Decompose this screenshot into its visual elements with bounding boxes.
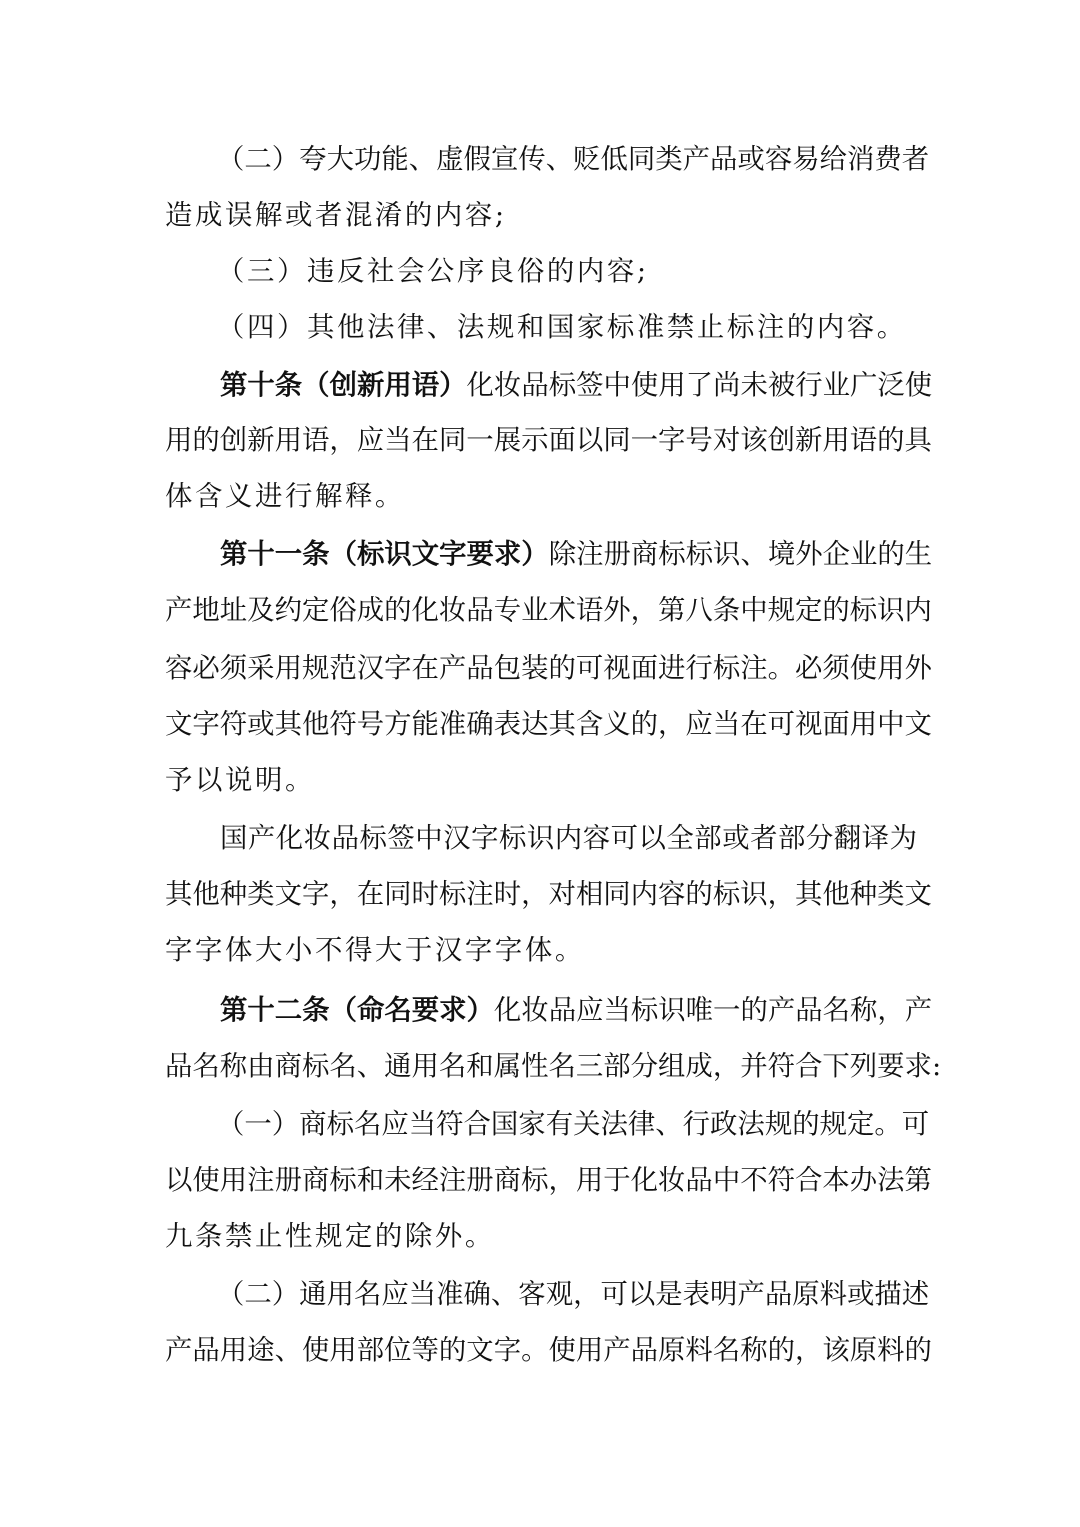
paragraph-line: 国产化妆品标签中汉字标识内容可以全部或者部分翻译为 — [220, 819, 917, 859]
article-10-first-line: 第十条（创新用语）化妆品标签中使用了尚未被行业广泛使 — [220, 366, 917, 406]
paragraph-line: 体含义进行解释。 — [165, 477, 917, 517]
paragraph-line: （二）通用名应当准确、客观，可以是表明产品原料或描述 — [217, 1275, 917, 1315]
paragraph-text: 化妆品应当标识唯一的产品名称，产 — [494, 995, 932, 1026]
paragraph-line: （二）夸大功能、虚假宣传、贬低同类产品或容易给消费者 — [217, 140, 917, 180]
article-heading: 第十条（创新用语） — [220, 370, 467, 401]
article-heading: 第十一条（标识文字要求） — [220, 539, 549, 570]
paragraph-line: 予以说明。 — [165, 761, 917, 801]
paragraph-line: 产地址及约定俗成的化妆品专业术语外，第八条中规定的标识内 — [165, 591, 917, 631]
paragraph-line: 品名称由商标名、通用名和属性名三部分组成，并符合下列要求: — [165, 1047, 917, 1087]
paragraph-line: 容必须采用规范汉字在产品包装的可视面进行标注。必须使用外 — [165, 649, 917, 689]
paragraph-line: 其他种类文字，在同时标注时，对相同内容的标识，其他种类文 — [165, 875, 917, 915]
paragraph-line: 用的创新用语，应当在同一展示面以同一字号对该创新用语的具 — [165, 421, 917, 461]
paragraph-text: 除注册商标标识、境外企业的生 — [549, 539, 932, 570]
paragraph-line: 文字符或其他符号方能准确表达其含义的，应当在可视面用中文 — [165, 705, 917, 745]
article-heading: 第十二条（命名要求） — [220, 995, 494, 1026]
paragraph-text: 化妆品标签中使用了尚未被行业广泛使 — [467, 370, 933, 401]
article-11-first-line: 第十一条（标识文字要求）除注册商标标识、境外企业的生 — [220, 535, 917, 575]
article-12-first-line: 第十二条（命名要求）化妆品应当标识唯一的产品名称，产 — [220, 991, 917, 1031]
paragraph-line: （三）违反社会公序良俗的内容; — [217, 252, 917, 292]
paragraph-line: 造成误解或者混淆的内容; — [165, 196, 917, 236]
paragraph-line: （四）其他法律、法规和国家标准禁止标注的内容。 — [217, 308, 917, 348]
paragraph-line: 以使用注册商标和未经注册商标，用于化妆品中不符合本办法第 — [165, 1161, 917, 1201]
paragraph-line: （一）商标名应当符合国家有关法律、行政法规的规定。可 — [217, 1105, 917, 1145]
paragraph-line: 九条禁止性规定的除外。 — [165, 1217, 917, 1257]
document-page: （二）夸大功能、虚假宣传、贬低同类产品或容易给消费者 造成误解或者混淆的内容; … — [165, 0, 917, 1527]
paragraph-line: 字字体大小不得大于汉字字体。 — [165, 931, 917, 971]
paragraph-line: 产品用途、使用部位等的文字。使用产品原料名称的，该原料的 — [165, 1331, 917, 1371]
